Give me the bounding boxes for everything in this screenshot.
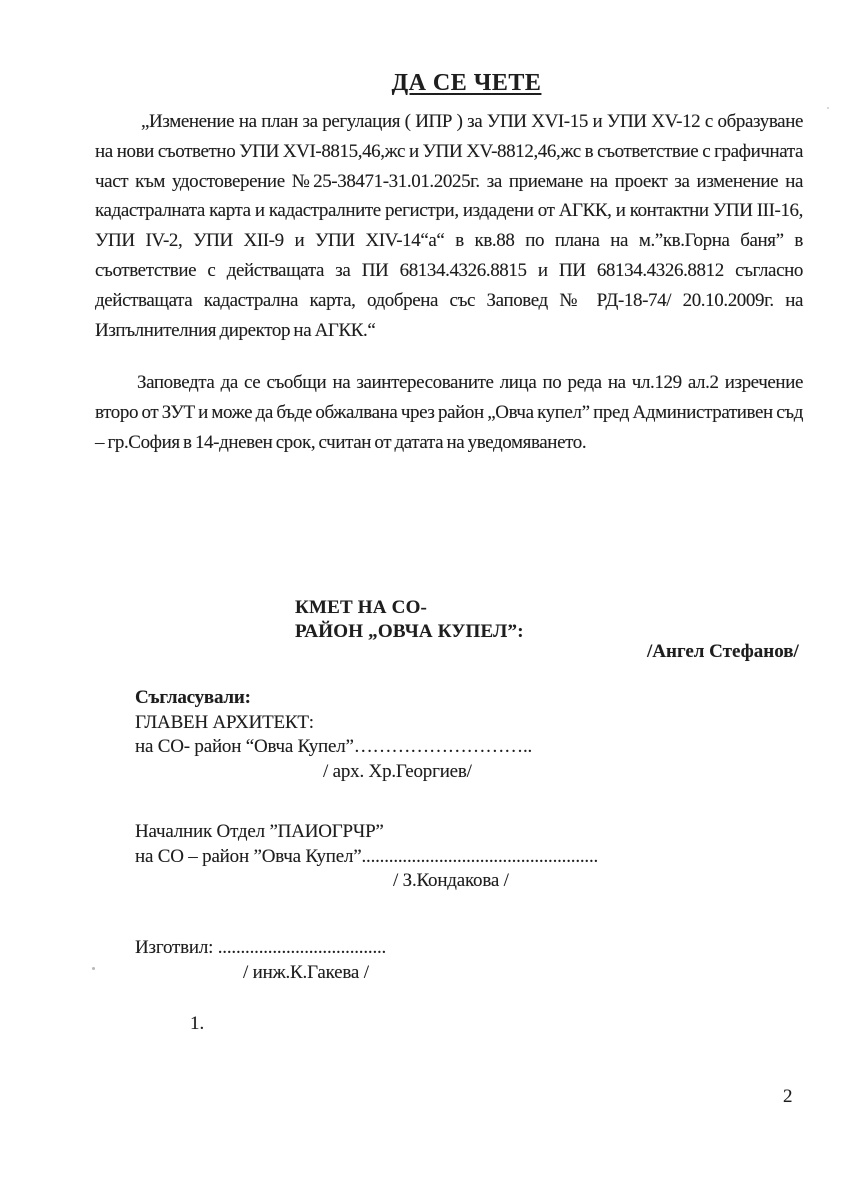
scanned-document-page: ДА СЕ ЧЕТЕ „Изменение на план за регулац… bbox=[0, 0, 849, 1200]
department-head-title: Началник Отдел ”ПАИОГРЧР” bbox=[135, 820, 598, 845]
mayor-title-line1: КМЕТ НА СО- bbox=[295, 596, 524, 620]
chief-architect-name: / арх. Хр.Георгиев/ bbox=[323, 760, 532, 785]
appeal-notice-paragraph: Заповедта да се съобщи на заинтересовани… bbox=[95, 368, 803, 457]
scan-artifact-dot bbox=[92, 967, 95, 970]
department-head-block: Началник Отдел ”ПАИОГРЧР” на СО – район … bbox=[135, 820, 598, 894]
prepared-by-label: Изготвил: ..............................… bbox=[135, 936, 386, 961]
prepared-by-block: Изготвил: ..............................… bbox=[135, 936, 386, 985]
list-item-marker: 1. bbox=[190, 1013, 204, 1035]
approvals-block: Съгласували: ГЛАВЕН АРХИТЕКТ: на СО- рай… bbox=[135, 686, 532, 784]
chief-architect-title: ГЛАВЕН АРХИТЕКТ: bbox=[135, 711, 532, 736]
mayor-signature-title: КМЕТ НА СО- РАЙОН „ОВЧА КУПЕЛ”: bbox=[295, 596, 524, 643]
order-description-paragraph: „Изменение на план за регулация ( ИПР ) … bbox=[95, 107, 803, 345]
page-number: 2 bbox=[783, 1086, 793, 1108]
scan-artifact-dot bbox=[827, 107, 829, 109]
chief-architect-signature-line: на СО- район “Овча Купел”……………………….. bbox=[135, 735, 532, 760]
department-head-name: / З.Кондакова / bbox=[393, 869, 598, 894]
department-head-signature-line: на СО – район ”Овча Купел”..............… bbox=[135, 845, 598, 870]
mayor-name: /Ангел Стефанов/ bbox=[647, 641, 799, 663]
mayor-title-line2: РАЙОН „ОВЧА КУПЕЛ”: bbox=[295, 620, 524, 644]
approvals-heading: Съгласували: bbox=[135, 686, 532, 711]
document-title: ДА СЕ ЧЕТЕ bbox=[0, 70, 849, 97]
prepared-by-name: / инж.К.Гакева / bbox=[243, 961, 386, 986]
